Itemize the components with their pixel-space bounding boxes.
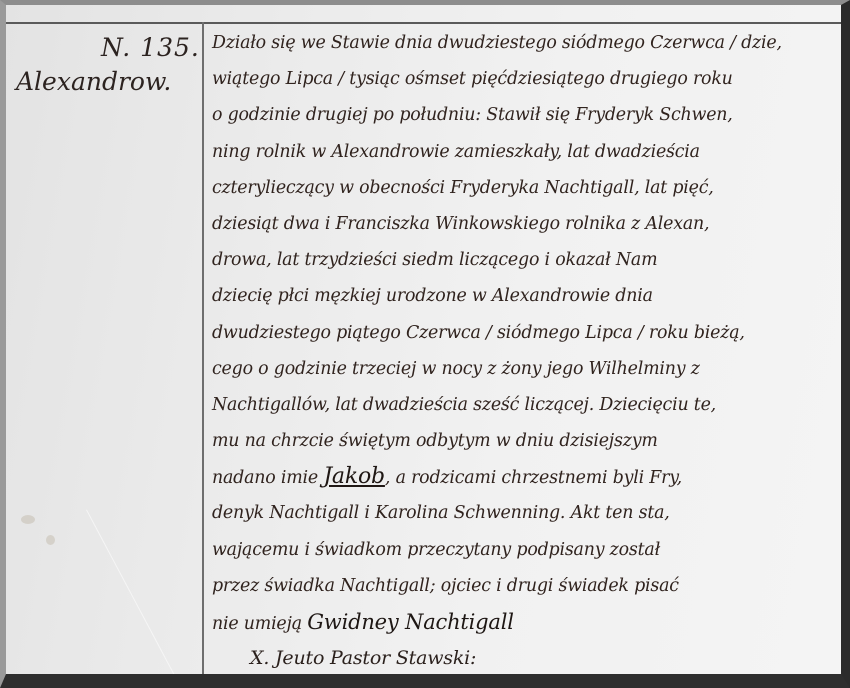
text-line: drowa, lat trzydzieści siedm liczącego i… [212,242,832,278]
text-line: mu na chrzcie świętym odbytym w dniu dzi… [212,423,832,459]
text-line: o godzinie drugiej po południu: Stawił s… [212,97,832,133]
name-prefix: nadano imie [212,468,318,488]
text-line: czterylieczący w obecności Fryderyka Nac… [212,170,832,206]
text-line: denyk Nachtigall i Karolina Schwenning. … [212,495,832,531]
witness-signature: Gwidney Nachtigall [307,610,514,634]
margin-column: N. 135. Alexandrow. [6,5,202,674]
act-number: N. 135. [101,33,200,62]
text-line: cego o godzinie trzeciej w nocy z żony j… [212,351,832,387]
text-line-name: nadano imie Jakob, a rodzicami chrzestne… [212,459,832,495]
text-line: dwudziestego piątego Czerwca / siódmego … [212,315,832,351]
document-frame: N. 135. Alexandrow. Działo się we Stawie… [0,0,850,688]
register-page: N. 135. Alexandrow. Działo się we Stawie… [6,5,841,674]
margin-rule [202,22,204,674]
text-line: ning rolnik w Alexandrowie zamieszkały, … [212,134,832,170]
village-name: Alexandrow. [16,67,171,96]
name-suffix: , a rodzicami chrzestnemi byli Fry, [385,468,682,488]
text-line: Nachtigallów, lat dwadzieścia sześć licz… [212,387,832,423]
text-line: dziesiąt dwa i Franciszka Winkowskiego r… [212,206,832,242]
text-line: przez świadka Nachtigall; ojciec i drugi… [212,568,832,604]
text-line: wiątego Lipca / tysiąc ośmset pięćdziesi… [212,61,832,97]
closing-text: nie umieją [212,614,302,634]
text-line: wającemu i świadkom przeczytany podpisan… [212,532,832,568]
text-line: Działo się we Stawie dnia dwudziestego s… [212,25,832,61]
child-name: Jakob [323,464,385,489]
priest-signature: X. Jeuto Pastor Stawski: [212,640,832,674]
text-line: dziecię płci męzkiej urodzone w Alexandr… [212,278,832,314]
record-text: Działo się we Stawie dnia dwudziestego s… [212,25,832,674]
text-line-signature: nie umieją Gwidney Nachtigall [212,604,832,640]
